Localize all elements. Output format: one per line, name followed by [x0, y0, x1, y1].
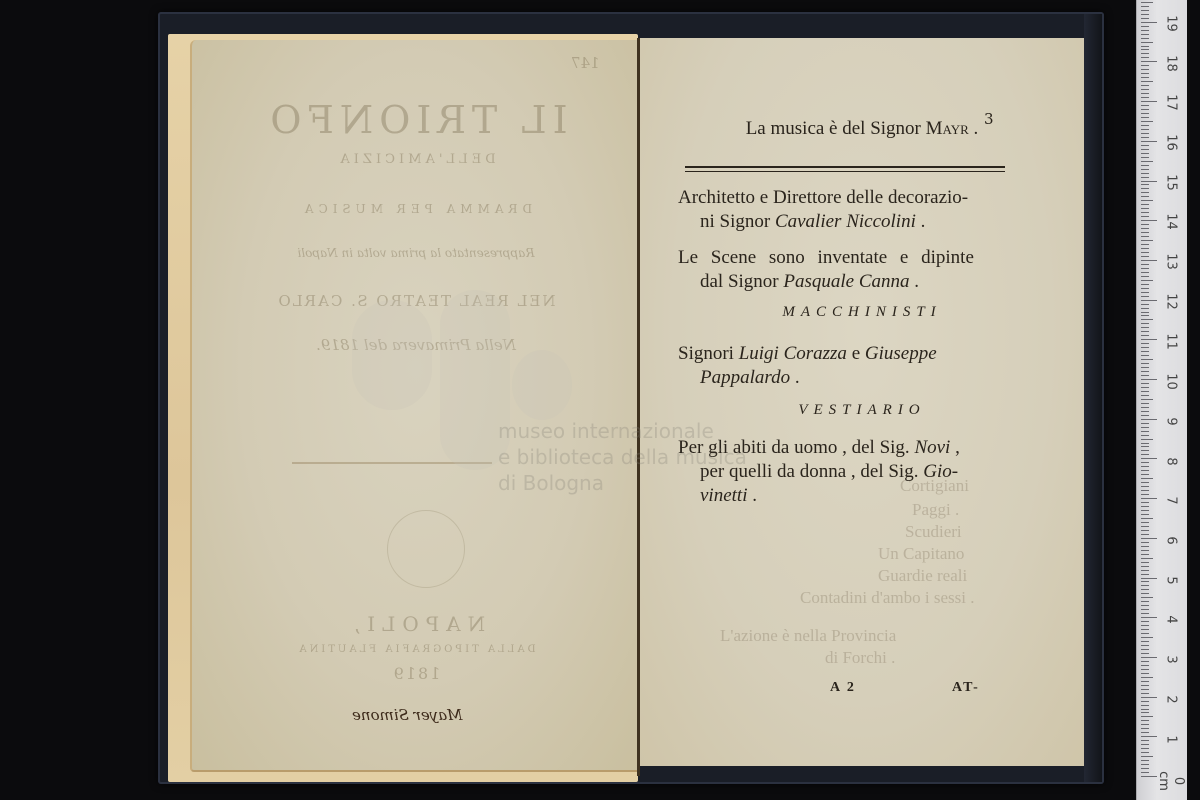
handwritten-annotation: Mayer Simone [352, 706, 462, 724]
ruler-tick [1141, 728, 1149, 729]
ruler-tick [1141, 399, 1153, 400]
ruler-tick [1141, 81, 1153, 82]
signature-mark: A 2 [830, 680, 856, 696]
ruler-tick [1141, 724, 1149, 725]
ruler-label: 19 [1164, 12, 1179, 36]
ruler-tick [1141, 113, 1149, 114]
catchword: AT- [952, 680, 980, 696]
ruler-tick [1141, 347, 1149, 348]
ruler-tick [1141, 462, 1149, 463]
ruler-label: 12 [1164, 290, 1179, 314]
ruler-tick [1141, 312, 1149, 313]
ruler-tick [1141, 236, 1149, 237]
ruler-tick [1141, 204, 1149, 205]
ruler-tick [1141, 38, 1149, 39]
ruler-tick [1141, 522, 1149, 523]
ruler-tick [1141, 415, 1149, 416]
ruler-tick [1141, 339, 1157, 340]
ruler-tick [1141, 439, 1153, 440]
ruler-tick [1141, 57, 1149, 58]
ruler-tick [1141, 466, 1149, 467]
ruler-tick [1141, 494, 1149, 495]
composer-credit-suffix: . [969, 118, 979, 139]
ruler-tick [1141, 530, 1149, 531]
show-through-year: 1819 [192, 664, 640, 683]
ruler-tick [1141, 6, 1149, 7]
ruler-label: 5 [1164, 569, 1179, 593]
section-heading-macchinisti: Macchinisti [640, 304, 1084, 321]
ruler-tick [1141, 133, 1149, 134]
ruler-tick [1141, 701, 1149, 702]
ruler-tick [1141, 574, 1149, 575]
ruler-label: 16 [1164, 131, 1179, 155]
ruler-tick [1141, 629, 1149, 630]
ruler-tick [1141, 693, 1149, 694]
ruler-tick [1141, 129, 1149, 130]
ruler-tick [1141, 593, 1149, 594]
ruler-tick [1141, 327, 1149, 328]
ruler-tick [1141, 709, 1149, 710]
ruler-tick [1141, 427, 1149, 428]
ruler-tick [1141, 14, 1149, 15]
text-line: Architetto e Direttore delle decorazio- [678, 187, 968, 208]
ruler-tick [1141, 296, 1149, 297]
show-through-subtitle: DELL'AMICIZIA [192, 152, 640, 167]
ruler-tick [1141, 657, 1157, 658]
ruler-tick [1141, 161, 1153, 162]
ruler-tick [1141, 224, 1149, 225]
ruler-tick [1141, 212, 1149, 213]
ruler-tick [1141, 89, 1149, 90]
ruler-tick [1141, 304, 1149, 305]
ruler-tick [1141, 474, 1149, 475]
ruler-tick [1141, 264, 1149, 265]
section-heading-vestiario: Vestiario [640, 402, 1084, 419]
ruler-tick [1141, 554, 1149, 555]
watermark-logo-part [352, 300, 432, 410]
ruler-tick [1141, 431, 1149, 432]
ruler-tick [1141, 605, 1149, 606]
double-rule [685, 166, 1005, 168]
ruler-tick [1141, 42, 1153, 43]
ruler-tick [1141, 673, 1149, 674]
ruler-tick [1141, 331, 1149, 332]
italic-name: Luigi Corazza [739, 343, 847, 364]
ruler-tick [1141, 117, 1149, 118]
bleed-through-line: Scudieri [905, 522, 962, 542]
ruler-tick [1141, 10, 1149, 11]
ruler-tick [1141, 232, 1149, 233]
ruler-tick [1141, 653, 1149, 654]
text-line: Le Scene sono inventate e dipinte [678, 247, 974, 268]
ruler-tick [1141, 585, 1149, 586]
ruler-tick [1141, 705, 1149, 706]
text-line: Pappalardo . [678, 366, 1048, 390]
ruler-tick [1141, 244, 1149, 245]
ruler-label: 4 [1164, 608, 1179, 632]
ruler-label: 11 [1164, 330, 1179, 354]
ruler-label: 8 [1164, 450, 1179, 474]
ruler-tick [1141, 581, 1149, 582]
ruler-tick [1141, 419, 1157, 420]
bleed-through-line: di Forchi . [825, 648, 895, 668]
ruler-tick [1141, 141, 1157, 142]
ruler-tick [1141, 260, 1157, 261]
ruler-tick [1141, 284, 1149, 285]
ruler-tick [1141, 169, 1149, 170]
ruler-tick [1141, 538, 1157, 539]
composer-credit-prefix: La musica è del Signor [746, 118, 926, 139]
scenery-credit: Le Scene sono inventate e dipinte dal Si… [678, 246, 1048, 294]
ruler-tick [1141, 411, 1149, 412]
ruler-tick [1141, 97, 1149, 98]
ruler-tick [1141, 403, 1149, 404]
ruler-tick [1141, 621, 1149, 622]
ruler-tick [1141, 61, 1157, 62]
ruler-tick [1141, 300, 1157, 301]
top-annotation: 147 [571, 54, 600, 72]
ruler-tick [1141, 288, 1149, 289]
page-number: 3 [984, 110, 994, 128]
ruler-tick [1141, 379, 1157, 380]
book-cover-edge [1084, 14, 1102, 782]
ruler-tick [1141, 446, 1149, 447]
ruler-tick [1141, 443, 1149, 444]
ruler-tick [1141, 335, 1149, 336]
ruler-tick [1141, 645, 1149, 646]
ruler-tick [1141, 367, 1149, 368]
ruler-tick [1141, 550, 1149, 551]
ruler-tick [1141, 34, 1149, 35]
ruler-tick [1141, 208, 1149, 209]
show-through-city: NAPOLI, [192, 612, 640, 636]
ruler-tick [1141, 343, 1149, 344]
text-line: Signori Luigi Corazza e Giuseppe [678, 343, 937, 364]
ruler-tick [1141, 276, 1149, 277]
ruler-tick [1141, 689, 1149, 690]
ruler-tick [1141, 752, 1149, 753]
ruler-tick [1141, 101, 1157, 102]
machinists-credit: Signori Luigi Corazza e Giuseppe Pappala… [678, 342, 1048, 390]
bleed-through-line: Guardie reali [878, 566, 967, 586]
ruler-tick [1141, 685, 1149, 686]
ruler-tick [1141, 450, 1149, 451]
ruler-tick [1141, 292, 1149, 293]
ruler-tick [1141, 26, 1149, 27]
ruler-tick [1141, 228, 1149, 229]
ruler-tick [1141, 46, 1149, 47]
ruler-tick [1141, 153, 1149, 154]
ruler-tick [1141, 665, 1149, 666]
watermark-line: di Bologna [498, 470, 747, 496]
ruler-tick [1141, 546, 1149, 547]
ruler-tick [1141, 105, 1149, 106]
ruler-tick [1141, 534, 1149, 535]
ruler-tick [1141, 454, 1149, 455]
ruler-tick [1141, 200, 1153, 201]
ruler-label: 13 [1164, 250, 1179, 274]
watermark-line: e biblioteca della musica [498, 444, 747, 470]
ruler-tick [1141, 756, 1153, 757]
composer-credit: La musica è del Signor Mayr . [640, 118, 1084, 140]
show-through-note: Rappresentato la prima volta in Napoli [192, 246, 640, 260]
ruler-label: 10 [1164, 370, 1179, 394]
ruler-tick [1141, 740, 1149, 741]
ruler-label: 2 [1164, 688, 1179, 712]
double-rule [685, 171, 1005, 172]
ruler-tick [1141, 760, 1149, 761]
ruler-tick [1141, 2, 1153, 3]
ruler-tick [1141, 85, 1149, 86]
ruler-tick [1141, 165, 1149, 166]
ruler-label: 14 [1164, 210, 1179, 234]
ruler-tick [1141, 502, 1149, 503]
ruler-tick [1141, 173, 1149, 174]
ruler-tick [1141, 435, 1149, 436]
ruler-tick [1141, 323, 1149, 324]
ruler-tick [1141, 268, 1149, 269]
ruler-tick [1141, 768, 1149, 769]
ruler-tick [1141, 125, 1149, 126]
ruler-tick [1141, 65, 1149, 66]
ruler-tick [1141, 220, 1157, 221]
ruler-tick [1141, 149, 1149, 150]
ruler-tick [1141, 387, 1149, 388]
ruler-tick [1141, 121, 1153, 122]
ruler-tick [1141, 661, 1149, 662]
show-through-vignette [387, 510, 465, 588]
ruler-tick [1141, 53, 1149, 54]
ruler-tick [1141, 597, 1153, 598]
ruler-label: 17 [1164, 91, 1179, 115]
ruler-tick [1141, 196, 1149, 197]
ruler-tick [1141, 498, 1157, 499]
ruler-tick [1141, 570, 1149, 571]
ruler-tick [1141, 625, 1149, 626]
ruler-label: 0 cm [1156, 769, 1186, 793]
ruler-tick [1141, 764, 1149, 765]
heading-text: Macchinisti [782, 304, 941, 320]
watermark-line: museo internazionale [498, 418, 747, 444]
ruler-tick [1141, 216, 1149, 217]
ruler-tick [1141, 732, 1149, 733]
composer-name: Mayr [926, 118, 969, 139]
ruler-tick [1141, 772, 1149, 773]
ruler-tick [1141, 669, 1149, 670]
ruler-tick [1141, 177, 1149, 178]
ruler-label: 7 [1164, 489, 1179, 513]
ruler-tick [1141, 355, 1149, 356]
ruler-tick [1141, 272, 1149, 273]
ruler-tick [1141, 315, 1149, 316]
watermark-logo-part [512, 350, 572, 420]
ruler-tick [1141, 383, 1149, 384]
ruler-label: 15 [1164, 171, 1179, 195]
ruler-tick [1141, 319, 1153, 320]
text-line: dal Signor Pasquale Canna . [678, 270, 1048, 294]
ruler-tick [1141, 482, 1149, 483]
ruler-label: 9 [1164, 410, 1179, 434]
ruler-tick [1141, 562, 1149, 563]
ruler-tick [1141, 514, 1149, 515]
ruler-tick [1141, 192, 1149, 193]
ruler-tick [1141, 391, 1149, 392]
ruler-tick [1141, 506, 1149, 507]
ruler-tick [1141, 601, 1149, 602]
ruler-tick [1141, 490, 1149, 491]
ruler-tick [1141, 486, 1149, 487]
architect-credit: Architetto e Direttore delle decorazio- … [678, 186, 1048, 234]
ruler-tick [1141, 641, 1149, 642]
ruler-tick [1141, 510, 1149, 511]
ruler-tick [1141, 248, 1149, 249]
ruler-tick [1141, 744, 1149, 745]
ruler-tick [1141, 609, 1149, 610]
ruler-label: 18 [1164, 52, 1179, 76]
ruler-tick [1141, 77, 1149, 78]
ruler-tick [1141, 649, 1149, 650]
ruler-tick [1141, 566, 1149, 567]
ruler-tick [1141, 280, 1153, 281]
ruler-tick [1141, 518, 1153, 519]
ruler-tick [1141, 633, 1149, 634]
text-line: ni Signor Cavalier Niccolini . [678, 210, 1048, 234]
ruler-tick [1141, 256, 1149, 257]
ruler-tick [1141, 776, 1157, 777]
bleed-through-line: L'azione è nella Provincia [720, 626, 896, 646]
ruler-tick [1141, 145, 1149, 146]
measurement-ruler: 0 cm 1 2 3 4 5 6 7 8 9 10 11 12 13 14 15… [1136, 0, 1187, 800]
ruler-tick [1141, 363, 1149, 364]
ruler-tick [1141, 716, 1153, 717]
ruler-tick [1141, 93, 1149, 94]
ruler-tick [1141, 69, 1149, 70]
ruler-tick [1141, 30, 1149, 31]
ruler-tick [1141, 73, 1149, 74]
ruler-tick [1141, 712, 1149, 713]
ruler-tick [1141, 542, 1149, 543]
heading-text: Vestiario [798, 402, 925, 418]
ruler-tick [1141, 371, 1149, 372]
ruler-tick [1141, 470, 1149, 471]
ruler-tick [1141, 458, 1157, 459]
ruler-tick [1141, 252, 1149, 253]
watermark: museo internazionale e biblioteca della … [498, 418, 747, 496]
ruler-tick [1141, 637, 1153, 638]
ruler-tick [1141, 188, 1149, 189]
ruler-tick [1141, 351, 1149, 352]
ruler-tick [1141, 240, 1153, 241]
bleed-through-line: Contadini d'ambo i sessi . [800, 588, 974, 608]
italic-name: Cavalier Niccolini [775, 211, 916, 232]
ruler-label: 1 [1164, 728, 1179, 752]
ruler-tick [1141, 49, 1149, 50]
ruler-tick [1141, 109, 1149, 110]
ruler-tick [1141, 181, 1157, 182]
ruler-tick [1141, 423, 1149, 424]
italic-name: Novi [914, 437, 950, 458]
ruler-tick [1141, 720, 1149, 721]
ruler-tick [1141, 681, 1149, 682]
ruler-tick [1141, 22, 1157, 23]
show-through-genre: DRAMMA PER MUSICA [192, 202, 640, 216]
ruler-tick [1141, 578, 1157, 579]
ruler-tick [1141, 395, 1149, 396]
show-through-title: IL TRIONFO [192, 98, 640, 142]
ruler-tick [1141, 375, 1149, 376]
ruler-tick [1141, 18, 1149, 19]
ruler-tick [1141, 748, 1149, 749]
ruler-tick [1141, 157, 1149, 158]
ruler-tick [1141, 526, 1149, 527]
show-through-printer: DALLA TIPOGRAFIA FLAUTINA [192, 644, 640, 655]
bleed-through-line: Un Capitano [878, 544, 964, 564]
ruler-tick [1141, 677, 1153, 678]
ruler-tick [1141, 558, 1153, 559]
ruler-tick [1141, 308, 1149, 309]
ruler-label: 6 [1164, 529, 1179, 553]
ruler-tick [1141, 613, 1149, 614]
ruler-tick [1141, 407, 1149, 408]
italic-name: Pasquale Canna [783, 271, 909, 292]
ruler-tick [1141, 736, 1157, 737]
ruler-tick [1141, 184, 1149, 185]
right-page: Cortigiani Paggi . Scudieri Un Capitano … [640, 38, 1084, 766]
ruler-tick [1141, 589, 1149, 590]
ruler-tick [1141, 137, 1149, 138]
ruler-label: 3 [1164, 648, 1179, 672]
ruler-tick [1141, 617, 1157, 618]
ruler-tick [1141, 697, 1157, 698]
left-page: 147 IL TRIONFO DELL'AMICIZIA DRAMMA PER … [190, 40, 640, 772]
ruler-tick [1141, 478, 1153, 479]
ruler-tick [1141, 359, 1153, 360]
